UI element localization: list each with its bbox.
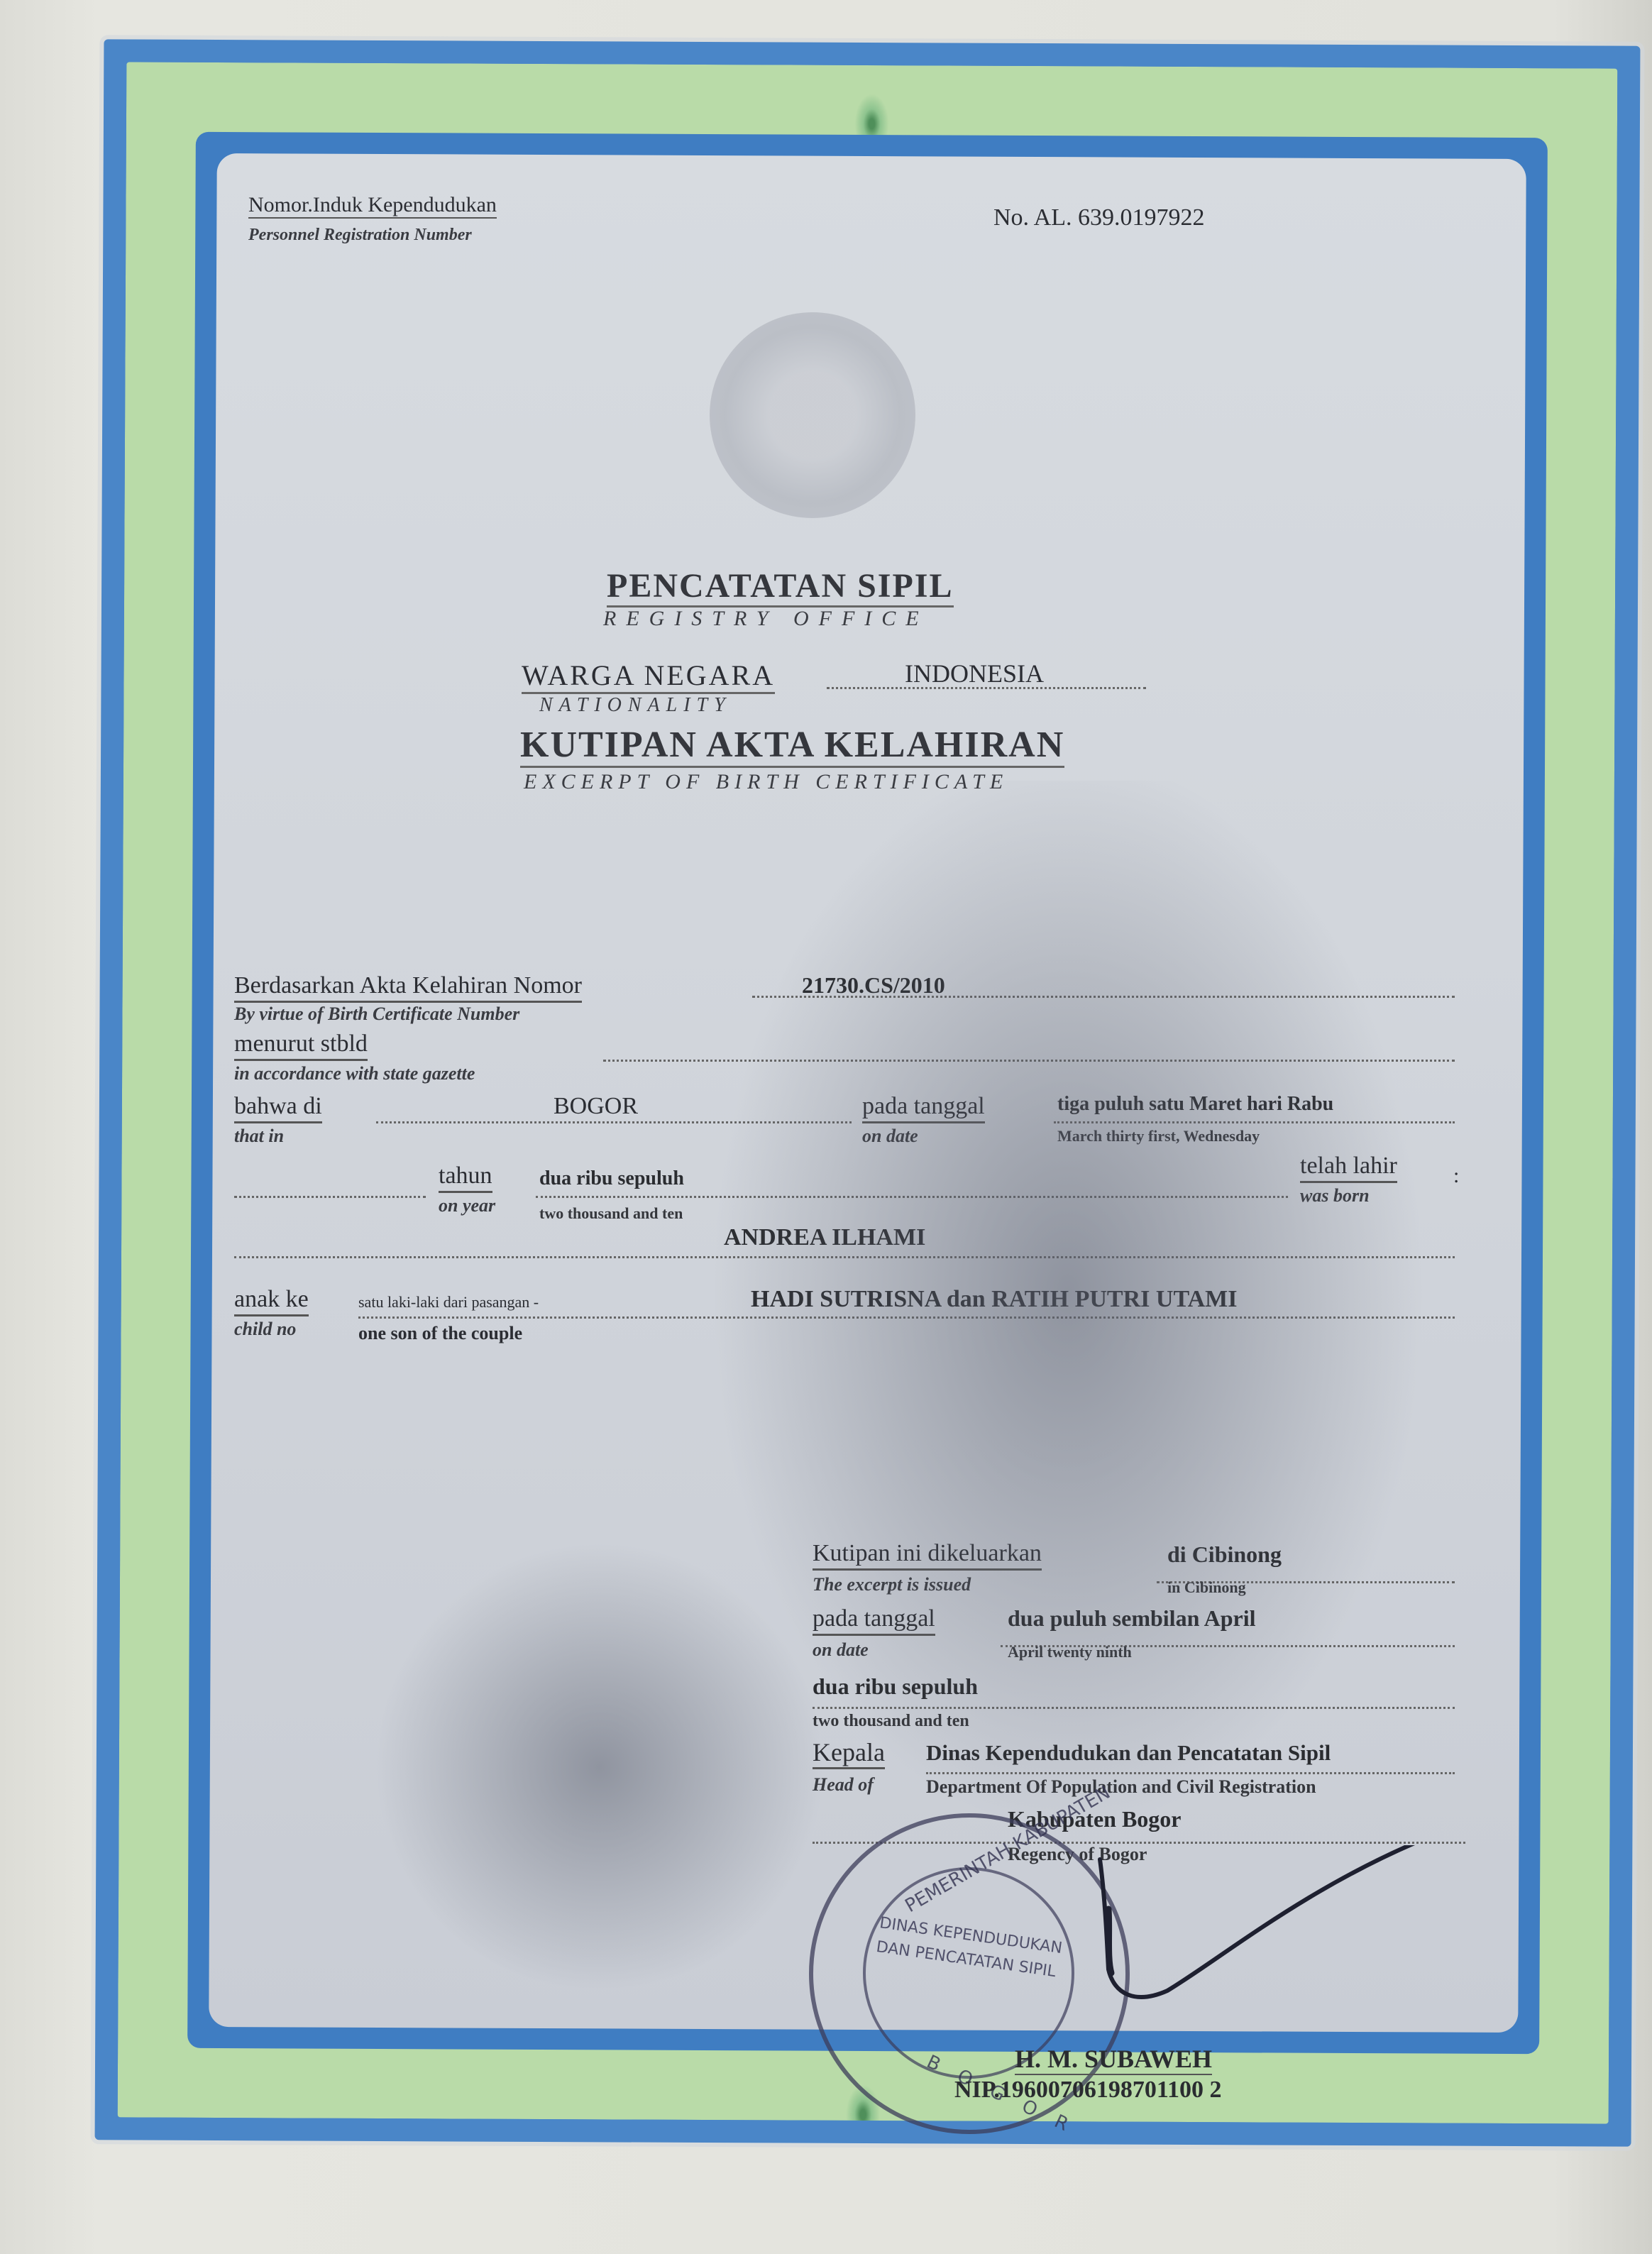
nationality-label: WARGA NEGARA	[522, 659, 775, 694]
parents-names: HADI SUTRISNA dan RATIH PUTRI UTAMI	[751, 1286, 1237, 1313]
document-title: KUTIPAN AKTA KELAHIRAN	[520, 724, 1064, 768]
birthdate-label-en: on date	[862, 1126, 918, 1147]
child-number-value: satu laki-laki dari pasangan -	[358, 1293, 539, 1312]
cert-number-value: 21730.CS/2010	[802, 972, 945, 999]
stbld-label-en: in accordance with state gazette	[234, 1063, 475, 1084]
issued-date-value-en: April twenty ninth	[1008, 1643, 1132, 1661]
head-label-en: Head of	[813, 1774, 874, 1796]
department-name: Dinas Kependudukan dan Pencatatan Sipil	[926, 1740, 1331, 1766]
birthyear-label-en: on year	[439, 1195, 495, 1216]
child-number-label-en: child no	[234, 1319, 296, 1340]
child-name-dots	[234, 1256, 1455, 1258]
issued-place-en: in Cibinong	[1167, 1578, 1246, 1597]
parents-dots	[358, 1316, 1455, 1319]
department-dots	[926, 1772, 1455, 1774]
issued-label: Kutipan ini dikeluarkan	[813, 1540, 1042, 1571]
issued-label-en: The excerpt is issued	[813, 1574, 971, 1595]
birthyear-label: tahun	[439, 1162, 492, 1193]
birthdate-dots	[1054, 1121, 1455, 1123]
child-number-label: anak ke	[234, 1286, 309, 1316]
cert-number-label: Berdasarkan Akta Kelahiran Nomor	[234, 972, 582, 1003]
head-label: Kepala	[813, 1737, 885, 1769]
birthdate-label: pada tanggal	[862, 1093, 985, 1123]
birthplace-value: BOGOR	[554, 1093, 638, 1120]
official-name: H. M. SUBAWEH	[1015, 2044, 1212, 2075]
issued-year-dots	[813, 1707, 1455, 1709]
birthplace-dots	[376, 1121, 852, 1123]
birthdate-value: tiga puluh satu Maret hari Rabu	[1057, 1093, 1333, 1116]
birthyear-value: dua ribu sepuluh	[539, 1167, 684, 1190]
serial-number: No. AL. 639.0197922	[993, 204, 1205, 231]
birthplace-label-en: that in	[234, 1126, 284, 1147]
issued-place: di Cibinong	[1167, 1541, 1282, 1568]
stbld-label: menurut stbld	[234, 1030, 368, 1061]
birthplace-label: bahwa di	[234, 1093, 322, 1123]
birthdate-value-en: March thirty first, Wednesday	[1057, 1127, 1260, 1145]
issued-date-label: pada tanggal	[813, 1605, 935, 1636]
office-title: PENCATATAN SIPIL	[607, 566, 954, 608]
birthyear-dots	[536, 1196, 1288, 1198]
stbld-dots	[603, 1060, 1455, 1062]
birthyear-value-en: two thousand and ten	[539, 1204, 683, 1223]
official-nip: NIP.19600706198701100 2	[954, 2077, 1222, 2104]
nik-label-en: Personnel Registration Number	[248, 226, 472, 245]
child-name: ANDREA ILHAMI	[724, 1224, 925, 1251]
issued-date-value: dua puluh sembilan April	[1008, 1605, 1255, 1632]
nationality-value: INDONESIA	[905, 659, 1044, 688]
department-name-en: Department Of Population and Civil Regis…	[926, 1776, 1316, 1798]
year-lead-dots	[234, 1196, 426, 1198]
cert-number-label-en: By virtue of Birth Certificate Number	[234, 1004, 519, 1025]
issued-date-label-en: on date	[813, 1639, 869, 1661]
nik-label: Nomor.Induk Kependudukan	[248, 193, 497, 219]
document-title-en: EXCERPT OF BIRTH CERTIFICATE	[524, 770, 1008, 794]
issued-year-value-en: two thousand and ten	[813, 1712, 969, 1731]
issued-year-value: dua ribu sepuluh	[813, 1673, 978, 1700]
born-label-en: was born	[1300, 1185, 1370, 1206]
born-label: telah lahir	[1300, 1153, 1397, 1183]
nationality-label-en: NATIONALITY	[539, 694, 732, 717]
child-number-value-en: one son of the couple	[358, 1323, 522, 1344]
signature	[1093, 1845, 1433, 2016]
garuda-emblem-watermark	[710, 312, 915, 518]
born-colon: :	[1453, 1164, 1459, 1188]
office-title-en: REGISTRY OFFICE	[603, 607, 929, 631]
